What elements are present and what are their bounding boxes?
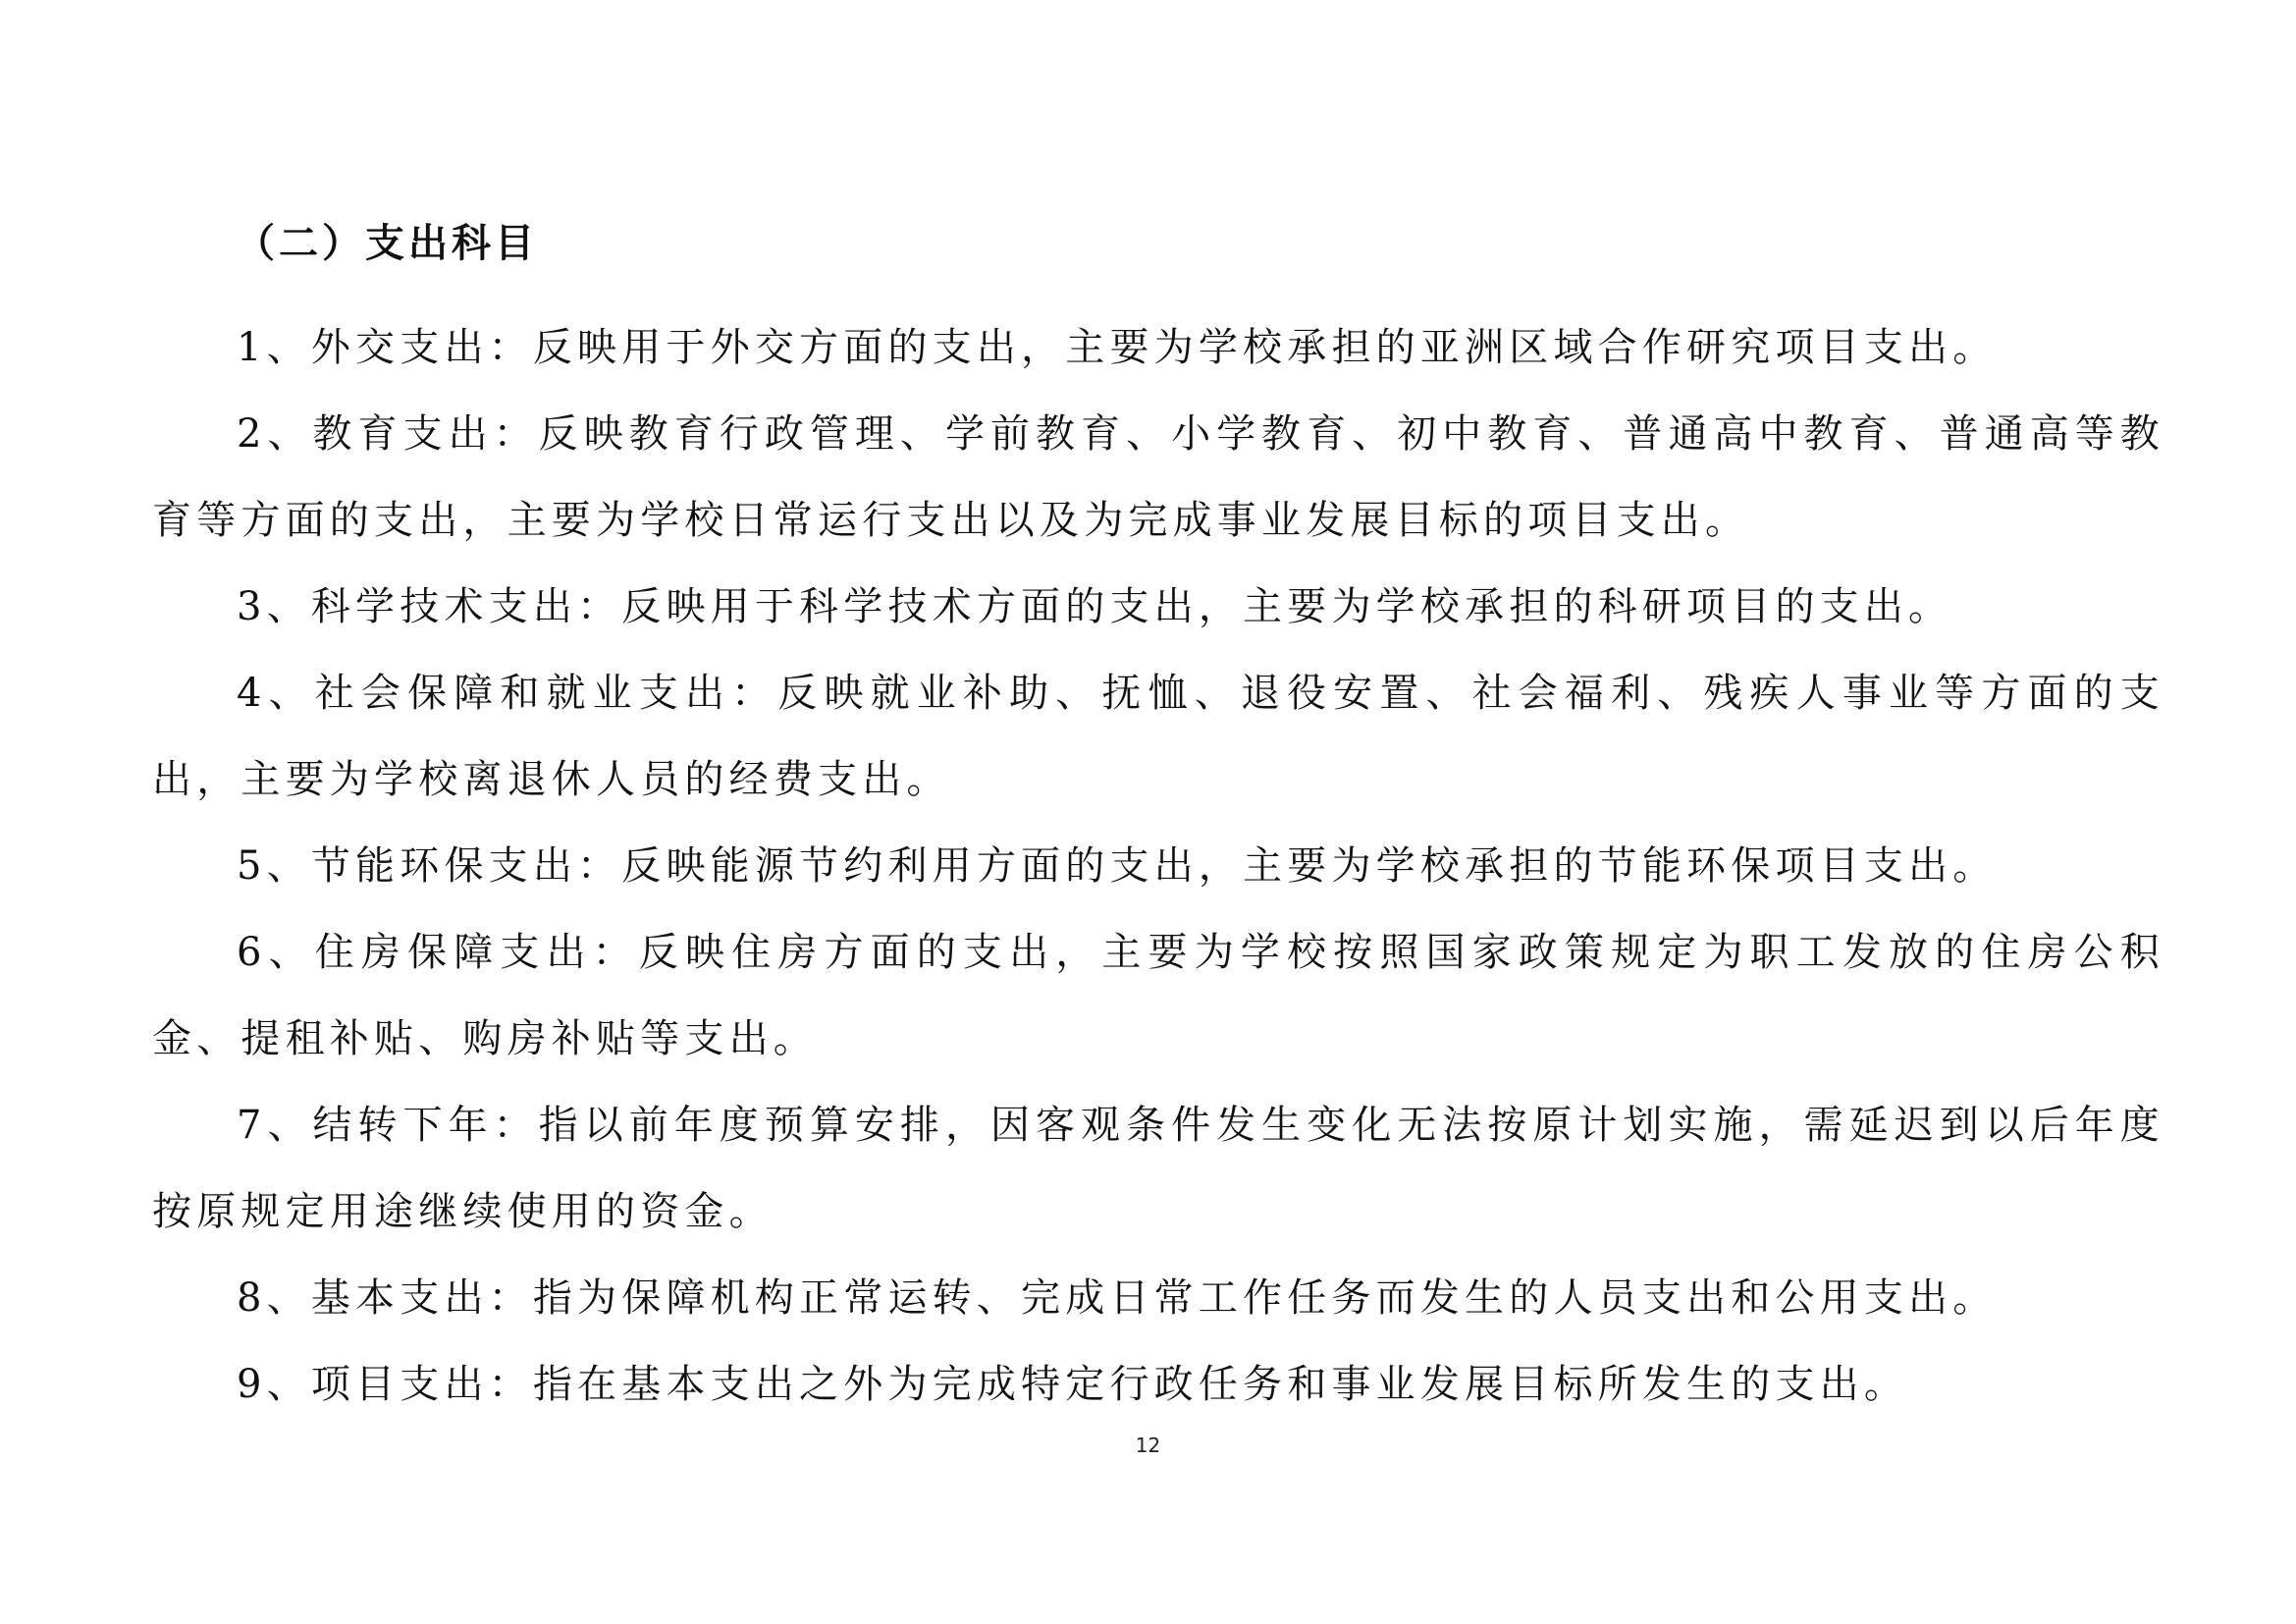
paragraph-social-security-expenditure: 4、社会保障和就业支出：反映就业补助、抚恤、退役安置、社会福利、残疾人事业等方面… — [152, 650, 2164, 823]
page-number: 12 — [0, 1434, 2296, 1457]
paragraph-energy-environment-expenditure: 5、节能环保支出：反映能源节约利用方面的支出，主要为学校承担的节能环保项目支出。 — [152, 823, 2164, 909]
paragraph-foreign-affairs-expenditure: 1、外交支出：反映用于外交方面的支出，主要为学校承担的亚洲区域合作研究项目支出。 — [152, 304, 2164, 391]
paragraph-science-technology-expenditure: 3、科学技术支出：反映用于科学技术方面的支出，主要为学校承担的科研项目的支出。 — [152, 564, 2164, 650]
section-heading: （二）支出科目 — [236, 214, 538, 273]
document-body: 1、外交支出：反映用于外交方面的支出，主要为学校承担的亚洲区域合作研究项目支出。… — [152, 304, 2164, 1428]
paragraph-carryover-next-year: 7、结转下年：指以前年度预算安排，因客观条件发生变化无法按原计划实施，需延迟到以… — [152, 1082, 2164, 1255]
document-page: （二）支出科目 1、外交支出：反映用于外交方面的支出，主要为学校承担的亚洲区域合… — [0, 0, 2296, 1624]
paragraph-basic-expenditure: 8、基本支出：指为保障机构正常运转、完成日常工作任务而发生的人员支出和公用支出。 — [152, 1255, 2164, 1341]
paragraph-project-expenditure: 9、项目支出：指在基本支出之外为完成特定行政任务和事业发展目标所发生的支出。 — [152, 1341, 2164, 1428]
paragraph-education-expenditure: 2、教育支出：反映教育行政管理、学前教育、小学教育、初中教育、普通高中教育、普通… — [152, 391, 2164, 564]
paragraph-housing-expenditure: 6、住房保障支出：反映住房方面的支出，主要为学校按照国家政策规定为职工发放的住房… — [152, 909, 2164, 1082]
